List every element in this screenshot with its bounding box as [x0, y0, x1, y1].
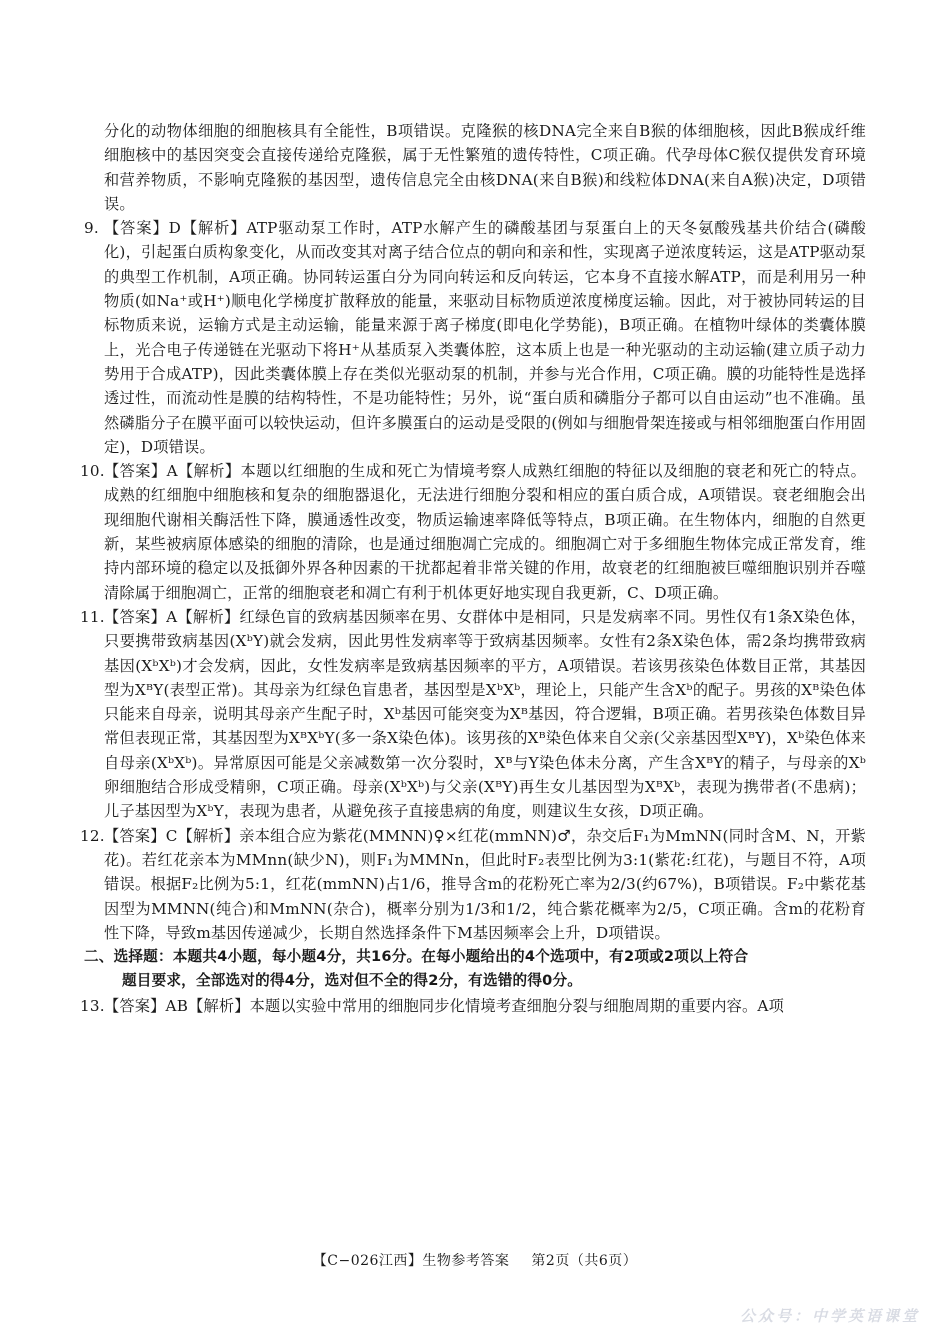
question-text: 【答案】D【解析】ATP驱动泵工作时，ATP水解产生的磷酸基团与泵蛋白上的天冬氨… [104, 219, 866, 456]
question-number: 12. [80, 824, 105, 848]
question-text: 【答案】C【解析】亲本组合应为紫花(MMNN)♀×红花(mmNN)♂，杂交后F₁… [104, 827, 866, 942]
question-9: 9. 【答案】D【解析】ATP驱动泵工作时，ATP水解产生的磷酸基团与泵蛋白上的… [84, 216, 866, 459]
question-number: 11. [80, 605, 105, 629]
question-number: 13. [80, 994, 105, 1018]
watermark: 公众号：中学英语课堂 [740, 1305, 920, 1326]
section-two-heading: 二、选择题：本题共4小题，每小题4分，共16分。在每小题给出的4个选项中，有2项… [84, 945, 866, 994]
intro-paragraph: 分化的动物体细胞的细胞核具有全能性，B项错误。克隆猴的核DNA完全来自B猴的体细… [84, 119, 866, 216]
section-two-line2: 题目要求，全部选对的得4分，选对但不全的得2分，有选错的得0分。 [84, 969, 866, 993]
page-footer: 【C−026江西】生物参考答案第2页（共6页） [0, 1250, 950, 1270]
question-12: 12. 【答案】C【解析】亲本组合应为紫花(MMNN)♀×红花(mmNN)♂，杂… [84, 824, 866, 945]
document-page: 分化的动物体细胞的细胞核具有全能性，B项错误。克隆猴的核DNA完全来自B猴的体细… [0, 0, 950, 1344]
question-text: 【答案】A【解析】本题以红细胞的生成和死亡为情境考察人成熟红细胞的特征以及细胞的… [104, 462, 866, 601]
question-11: 11. 【答案】A【解析】红绿色盲的致病基因频率在男、女群体中是相同，只是发病率… [84, 605, 866, 824]
question-text: 【答案】AB【解析】本题以实验中常用的细胞同步化情境考查细胞分裂与细胞周期的重要… [104, 997, 784, 1015]
question-10: 10. 【答案】A【解析】本题以红细胞的生成和死亡为情境考察人成熟红细胞的特征以… [84, 459, 866, 605]
answer-body: 分化的动物体细胞的细胞核具有全能性，B项错误。克隆猴的核DNA完全来自B猴的体细… [84, 119, 866, 1018]
section-two-line1: 二、选择题：本题共4小题，每小题4分，共16分。在每小题给出的4个选项中，有2项… [84, 948, 748, 965]
question-13: 13. 【答案】AB【解析】本题以实验中常用的细胞同步化情境考查细胞分裂与细胞周… [84, 994, 866, 1018]
footer-page-number: 第2页（共6页） [531, 1253, 637, 1269]
question-text: 【答案】A【解析】红绿色盲的致病基因频率在男、女群体中是相同，只是发病率不同。男… [104, 608, 866, 820]
footer-code: 【C−026江西】生物参考答案 [313, 1253, 510, 1269]
question-number: 10. [80, 459, 105, 483]
question-number: 9. [84, 216, 99, 240]
